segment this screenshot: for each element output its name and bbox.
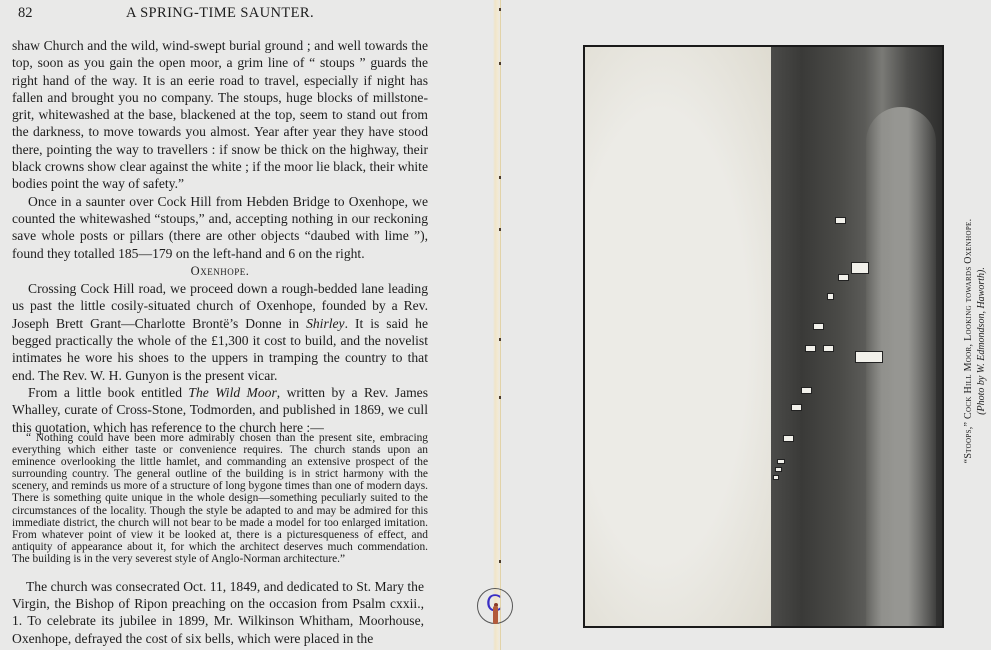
book-title-wild-moor: The Wild Moor bbox=[188, 385, 276, 400]
stoup-marker bbox=[827, 293, 834, 300]
figure-body bbox=[493, 606, 498, 624]
library-watermark-icon: C bbox=[477, 588, 513, 624]
gutter-speck bbox=[499, 62, 501, 65]
paragraph-stoups-quote: shaw Church and the wild, wind-swept bur… bbox=[12, 37, 428, 193]
stoup-marker bbox=[835, 217, 846, 224]
gutter-fold-line bbox=[500, 0, 501, 650]
caption-title: “Stoops,” Cock Hill Moor, Looking toward… bbox=[962, 176, 975, 506]
running-head: 82 A SPRING-TIME SAUNTER. bbox=[0, 5, 440, 25]
left-page: 82 A SPRING-TIME SAUNTER. shaw Church an… bbox=[0, 0, 470, 650]
stoup-marker bbox=[773, 475, 779, 480]
stoup-marker bbox=[805, 345, 816, 352]
gutter-speck bbox=[499, 176, 501, 179]
gutter-speck bbox=[499, 338, 501, 341]
stoup-marker bbox=[801, 387, 812, 394]
moor-road bbox=[866, 107, 936, 628]
stoup-marker bbox=[813, 323, 824, 330]
stoup-marker bbox=[791, 404, 802, 411]
stoup-marker bbox=[838, 274, 849, 281]
stoup-marker bbox=[823, 345, 834, 352]
gutter-speck bbox=[499, 228, 501, 231]
gutter-speck bbox=[499, 560, 501, 563]
body-text-top: shaw Church and the wild, wind-swept bur… bbox=[12, 37, 428, 436]
photo-plate bbox=[583, 45, 944, 628]
block-quote-text: “ Nothing could have been more admirably… bbox=[12, 432, 428, 565]
block-quote: “ Nothing could have been more admirably… bbox=[12, 432, 428, 565]
caption-credit: (Photo by W. Edmondson, Haworth). bbox=[975, 176, 988, 506]
paragraph-stoups-count: Once in a saunter over Cock Hill from He… bbox=[12, 193, 428, 262]
plate-blank-margin bbox=[585, 47, 773, 626]
gutter-speck bbox=[499, 8, 501, 11]
stoup-marker bbox=[851, 262, 869, 274]
gutter-speck bbox=[499, 396, 501, 399]
stoup-marker bbox=[777, 459, 785, 464]
book-title-shirley: Shirley bbox=[306, 316, 345, 331]
running-head-title: A SPRING-TIME SAUNTER. bbox=[0, 5, 440, 22]
paragraph-consecration: The church was consecrated Oct. 11, 1849… bbox=[12, 578, 424, 647]
body-text-bottom: The church was consecrated Oct. 11, 1849… bbox=[12, 578, 424, 647]
stoup-marker bbox=[783, 435, 794, 442]
plate-caption: “Stoops,” Cock Hill Moor, Looking toward… bbox=[960, 178, 990, 508]
stoup-marker bbox=[775, 467, 782, 472]
text-run: From a little book entitled bbox=[28, 385, 188, 400]
stoup-marker bbox=[855, 351, 883, 363]
plate-caption-rotated: “Stoops,” Cock Hill Moor, Looking toward… bbox=[962, 176, 988, 506]
moor-photograph bbox=[771, 47, 942, 626]
section-heading-oxenhope: Oxenhope. bbox=[12, 263, 428, 280]
paragraph-oxenhope-church: Crossing Cock Hill road, we proceed down… bbox=[12, 280, 428, 384]
paragraph-wild-moor: From a little book entitled The Wild Moo… bbox=[12, 384, 428, 436]
